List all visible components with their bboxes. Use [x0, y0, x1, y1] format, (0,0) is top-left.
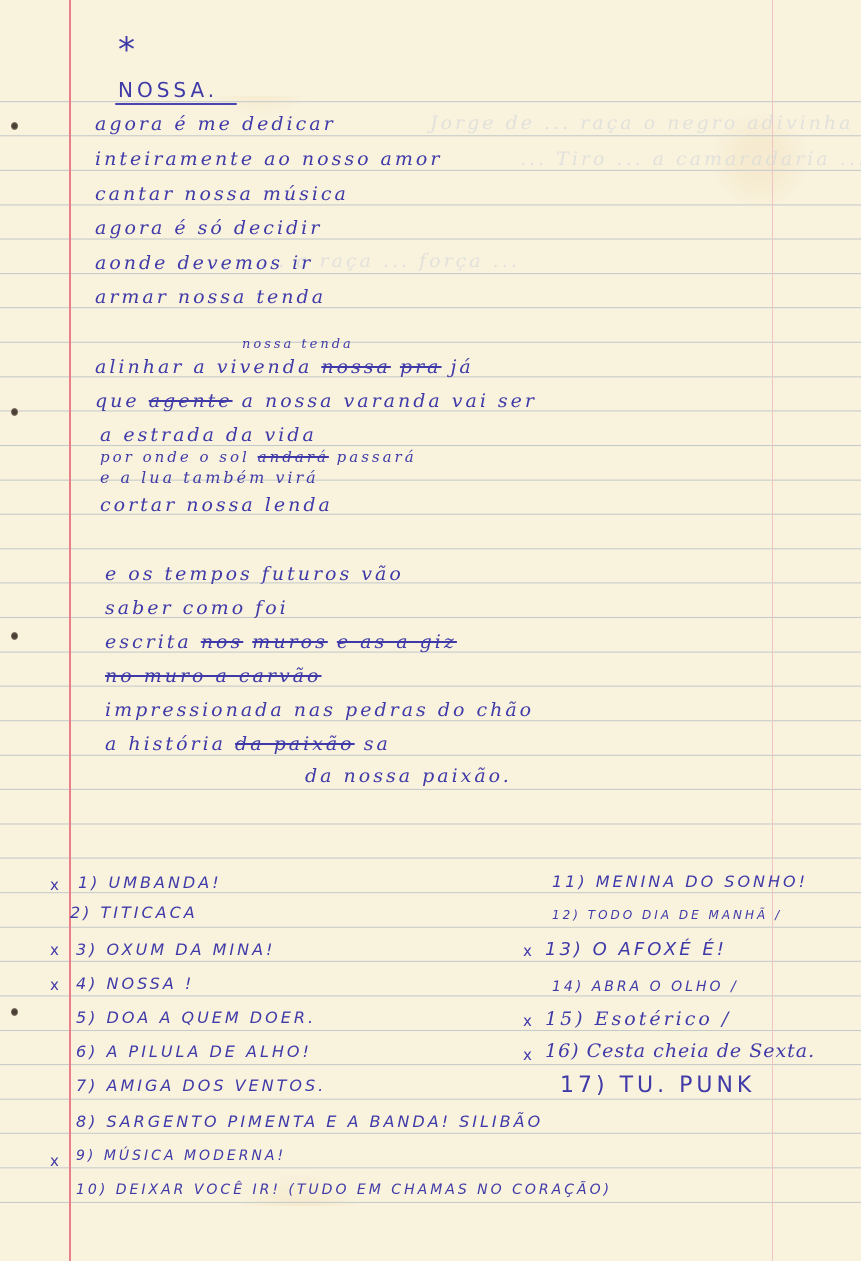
- setlist-item: 6) A PILULA DE ALHO!: [76, 1042, 312, 1061]
- item-number: 14): [552, 979, 584, 995]
- item-number: 6): [76, 1042, 98, 1061]
- item-number: 4): [76, 974, 98, 993]
- lyric-line: da nossa paixão.: [305, 765, 512, 787]
- item-title: OXUM DA MINA!: [107, 940, 276, 959]
- punch-hole: [11, 632, 18, 640]
- lyric-text: escrita: [105, 631, 192, 653]
- done-mark: x: [50, 876, 59, 894]
- lyric-text: alinhar a vivenda: [95, 356, 312, 378]
- lyric-text: passará: [337, 448, 417, 466]
- setlist-item: 9) MÚSICA MODERNA!: [76, 1148, 286, 1164]
- item-title: AMIGA DOS VENTOS.: [107, 1076, 327, 1095]
- item-number: 3): [76, 940, 98, 959]
- lyric-line: por onde o sol andará passará: [100, 448, 417, 466]
- item-number: 17): [560, 1073, 609, 1098]
- item-number: 16): [545, 1040, 580, 1062]
- bleedthrough-text: ... Tiro ... a camaradaria ...: [520, 148, 861, 170]
- item-number: 7): [76, 1076, 98, 1095]
- done-mark: x: [523, 1012, 532, 1030]
- lyric-line: cortar nossa lenda: [100, 494, 333, 516]
- struck-text: e as a giz: [337, 631, 457, 653]
- lyric-line: cantar nossa música: [95, 183, 349, 205]
- item-title: DEIXAR VOCÊ IR! (TUDO EM CHAMAS NO CORAÇ…: [116, 1182, 612, 1198]
- done-mark: x: [50, 941, 59, 959]
- struck-text: nossa: [321, 356, 391, 378]
- lyric-text: que: [95, 390, 140, 412]
- item-number: 15): [545, 1008, 586, 1030]
- struck-text: andará: [258, 448, 329, 466]
- item-title: TU. PUNK: [620, 1073, 756, 1098]
- punch-hole: [11, 122, 18, 130]
- setlist-item: 8) SARGENTO PIMENTA E A BANDA! SILIBÃO: [76, 1112, 543, 1131]
- setlist-item: 17) TU. PUNK: [560, 1073, 755, 1098]
- struck-text: no muro a carvão: [105, 665, 321, 687]
- item-title: UMBANDA!: [109, 873, 222, 892]
- setlist-item: 1) UMBANDA!: [78, 873, 222, 892]
- lyric-line: agora é só decidir: [95, 217, 322, 239]
- struck-text: pra: [400, 356, 442, 378]
- item-title: A PILULA DE ALHO!: [107, 1042, 312, 1061]
- item-title: ABRA O OLHO /: [592, 979, 739, 995]
- lyric-text: a história: [105, 733, 226, 755]
- lyric-line: agora é me dedicar: [95, 113, 336, 135]
- item-number: 5): [76, 1008, 98, 1027]
- lyric-text: já: [451, 356, 474, 378]
- lyric-line: a estrada da vida: [100, 424, 317, 446]
- bleedthrough-text: Jorge de ... raça o negro adivinha: [430, 112, 853, 134]
- lyric-line: aonde devemos ir: [95, 252, 313, 274]
- bottom-margin: [0, 1206, 861, 1261]
- lyric-line: armar nossa tenda: [95, 286, 326, 308]
- item-number: 9): [76, 1148, 96, 1164]
- lyric-line: impressionada nas pedras do chão: [105, 699, 534, 721]
- item-title: MENINA DO SONHO!: [596, 872, 808, 891]
- done-mark: x: [523, 942, 532, 960]
- setlist-item: 16) Cesta cheia de Sexta.: [545, 1040, 815, 1062]
- struck-text: muros: [252, 631, 328, 653]
- punch-hole: [11, 408, 18, 416]
- right-margin-line: [772, 0, 773, 1261]
- left-margin-line: [69, 0, 71, 1261]
- struck-text: nos: [201, 631, 243, 653]
- struck-text: agente: [149, 390, 233, 412]
- item-title: TITICACA: [101, 903, 198, 922]
- done-mark: x: [523, 1046, 532, 1064]
- setlist-item: 5) DOA A QUEM DOER.: [76, 1008, 316, 1027]
- insertion-text: nossa tenda: [242, 337, 354, 352]
- done-mark: x: [50, 976, 59, 994]
- setlist-item: 15) Esotérico /: [545, 1008, 731, 1030]
- asterisk-icon: *: [118, 30, 135, 70]
- lyric-line: e a lua também virá: [100, 468, 319, 487]
- lyric-line: inteiramente ao nosso amor: [95, 148, 442, 170]
- item-title: NOSSA !: [107, 974, 195, 993]
- song-title: NOSSA.: [118, 78, 218, 102]
- setlist-item: 4) NOSSA !: [76, 974, 194, 993]
- item-number: 8): [76, 1112, 98, 1131]
- lyric-line: no muro a carvão: [105, 665, 321, 687]
- item-number: 11): [552, 872, 588, 891]
- lyric-line: escrita nos muros e as a giz: [105, 631, 457, 653]
- done-mark: x: [50, 1152, 59, 1170]
- item-title: Esotérico /: [595, 1008, 732, 1030]
- item-number: 13): [545, 939, 584, 960]
- item-number: 10): [76, 1182, 108, 1198]
- lyric-text: sa: [364, 733, 391, 755]
- lyric-text: a nossa varanda vai ser: [242, 390, 537, 412]
- title-underline: [115, 103, 237, 105]
- item-number: 2): [70, 903, 92, 922]
- item-number: 1): [78, 873, 100, 892]
- setlist-item: 11) MENINA DO SONHO!: [552, 872, 808, 891]
- item-title: DOA A QUEM DOER.: [107, 1008, 317, 1027]
- struck-text: da paixão: [235, 733, 355, 755]
- item-title: SARGENTO PIMENTA E A BANDA! SILIBÃO: [107, 1112, 544, 1131]
- setlist-item: 3) OXUM DA MINA!: [76, 940, 275, 959]
- lyric-line: que agente a nossa varanda vai ser: [95, 390, 537, 412]
- item-number: 12): [552, 908, 581, 922]
- setlist-item: 7) AMIGA DOS VENTOS.: [76, 1076, 326, 1095]
- setlist-item: 14) ABRA O OLHO /: [552, 979, 739, 995]
- item-title: TODO DIA DE MANHÃ /: [588, 908, 782, 922]
- lyric-line: alinhar a vivenda nossa pra já: [95, 356, 474, 378]
- lyric-text: por onde o sol: [100, 448, 250, 466]
- item-title: O AFOXÉ É!: [593, 939, 727, 960]
- item-title: Cesta cheia de Sexta.: [587, 1040, 816, 1062]
- setlist-item: 13) O AFOXÉ É!: [545, 939, 727, 960]
- lyric-line: a história da paixão sa: [105, 733, 391, 755]
- setlist-item: 2) TITICACA: [70, 903, 198, 922]
- item-title: MÚSICA MODERNA!: [104, 1148, 286, 1164]
- setlist-item: 10) DEIXAR VOCÊ IR! (TUDO EM CHAMAS NO C…: [76, 1182, 612, 1198]
- punch-hole: [11, 1008, 18, 1016]
- lyric-line: saber como foi: [105, 597, 289, 619]
- setlist-item: 12) TODO DIA DE MANHÃ /: [552, 908, 782, 922]
- lyric-line: e os tempos futuros vão: [105, 563, 404, 585]
